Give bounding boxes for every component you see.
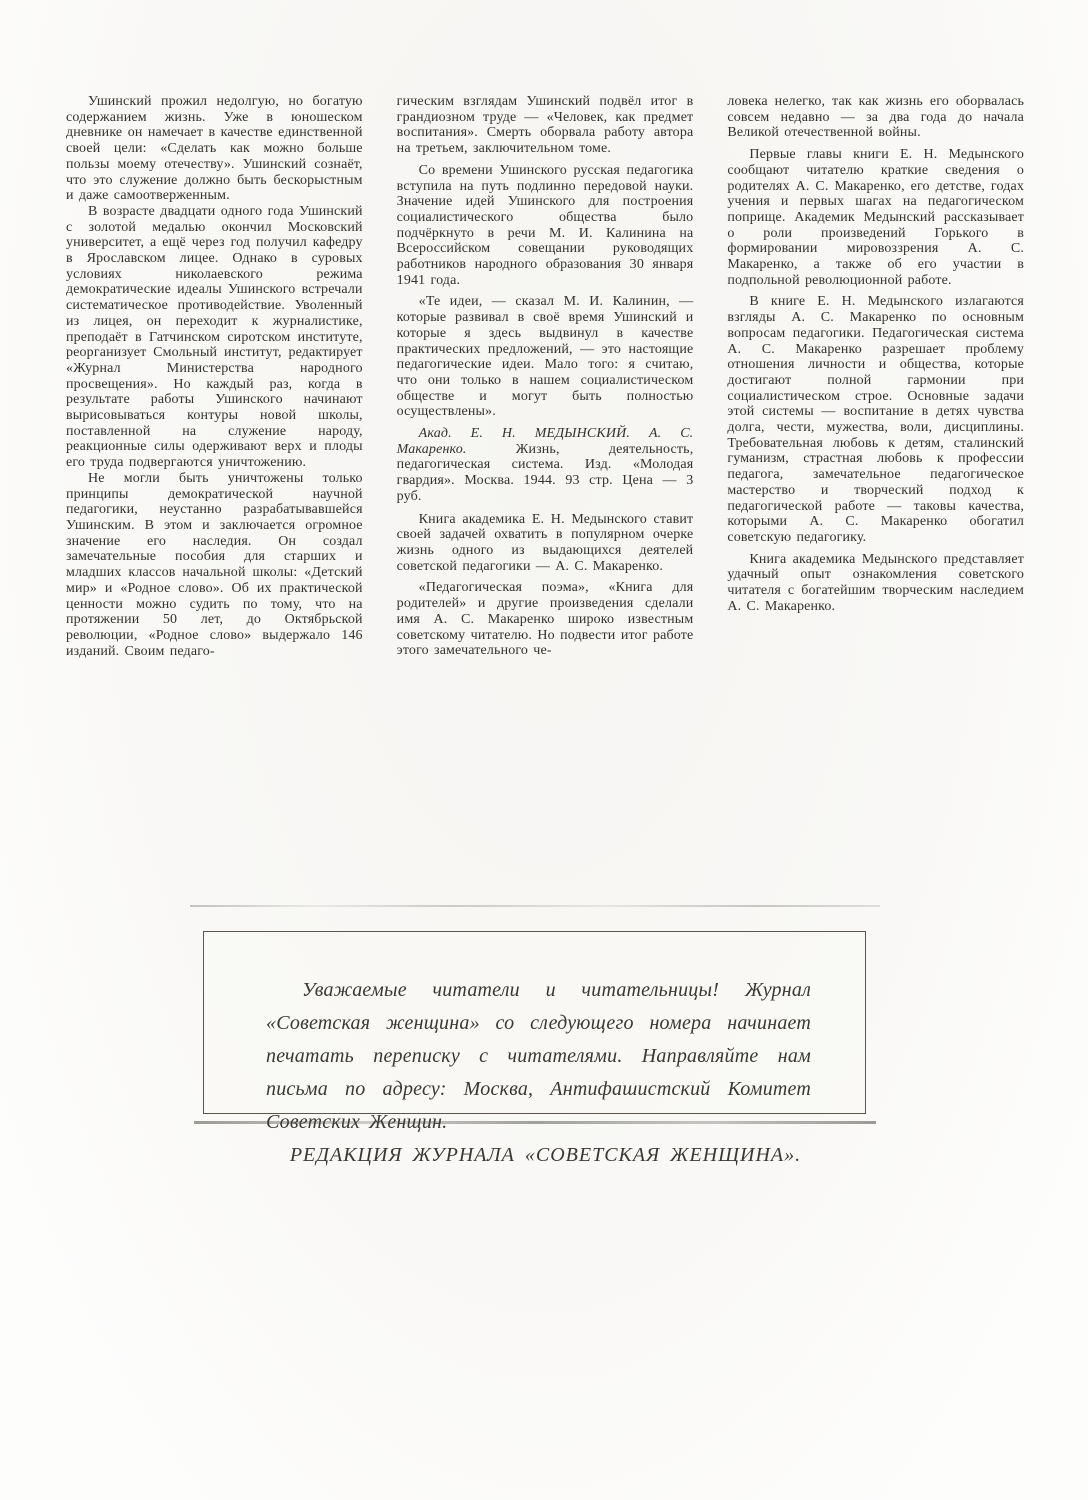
paragraph: Первые главы книги Е. Н. Медынского сооб… <box>727 147 1024 288</box>
paragraph: «Педагогическая поэма», «Книга для родит… <box>397 580 694 659</box>
article-columns: Ушинский прожил недолгую, но богатую сод… <box>66 94 1024 659</box>
announcement-signature: РЕДАКЦИЯ ЖУРНАЛА «СОВЕТСКАЯ ЖЕНЩИНА». <box>266 1139 825 1172</box>
scan-artifact-line <box>190 905 880 907</box>
text-column-2: гическим взглядам Ушинский подвёл итог в… <box>397 94 694 659</box>
page: Ушинский прожил недолгую, но богатую сод… <box>0 0 1088 1500</box>
paragraph-quote: «Те идеи, — сказал М. И. Калинин, — кото… <box>397 294 694 420</box>
book-reference: Акад. Е. Н. МЕДЫНСКИЙ. А. С. Макаренко. … <box>397 426 694 505</box>
paragraph: Книга академика Е. Н. Медынского ставит … <box>397 512 694 575</box>
paragraph-continuation: ловека нелегко, так как жизнь его оборва… <box>727 94 1024 141</box>
paragraph-continuation: гическим взглядам Ушинский подвёл итог в… <box>397 94 694 157</box>
paragraph: Со времени Ушинского русская педагогика … <box>397 163 694 289</box>
paragraph: Не могли быть уничтожены только принципы… <box>66 471 363 659</box>
text-column-1: Ушинский прожил недолгую, но богатую сод… <box>66 94 363 659</box>
paragraph: В возрасте двадцати одного года Ушинский… <box>66 204 363 471</box>
announcement-box: Уважаемые читатели и читательницы! Журна… <box>203 931 866 1114</box>
paragraph: Книга академика Медынского представляет … <box>727 552 1024 615</box>
scanned-journal-page: { "page": { "paper_color": "#f6f5f2", "i… <box>0 0 1088 1500</box>
paragraph: В книге Е. Н. Медынского излагаются взгл… <box>727 294 1024 545</box>
announcement-text: Уважаемые читатели и читательницы! Журна… <box>266 974 811 1139</box>
text-column-3: ловека нелегко, так как жизнь его оборва… <box>727 94 1024 659</box>
paragraph: Ушинский прожил недолгую, но богатую сод… <box>66 94 363 204</box>
